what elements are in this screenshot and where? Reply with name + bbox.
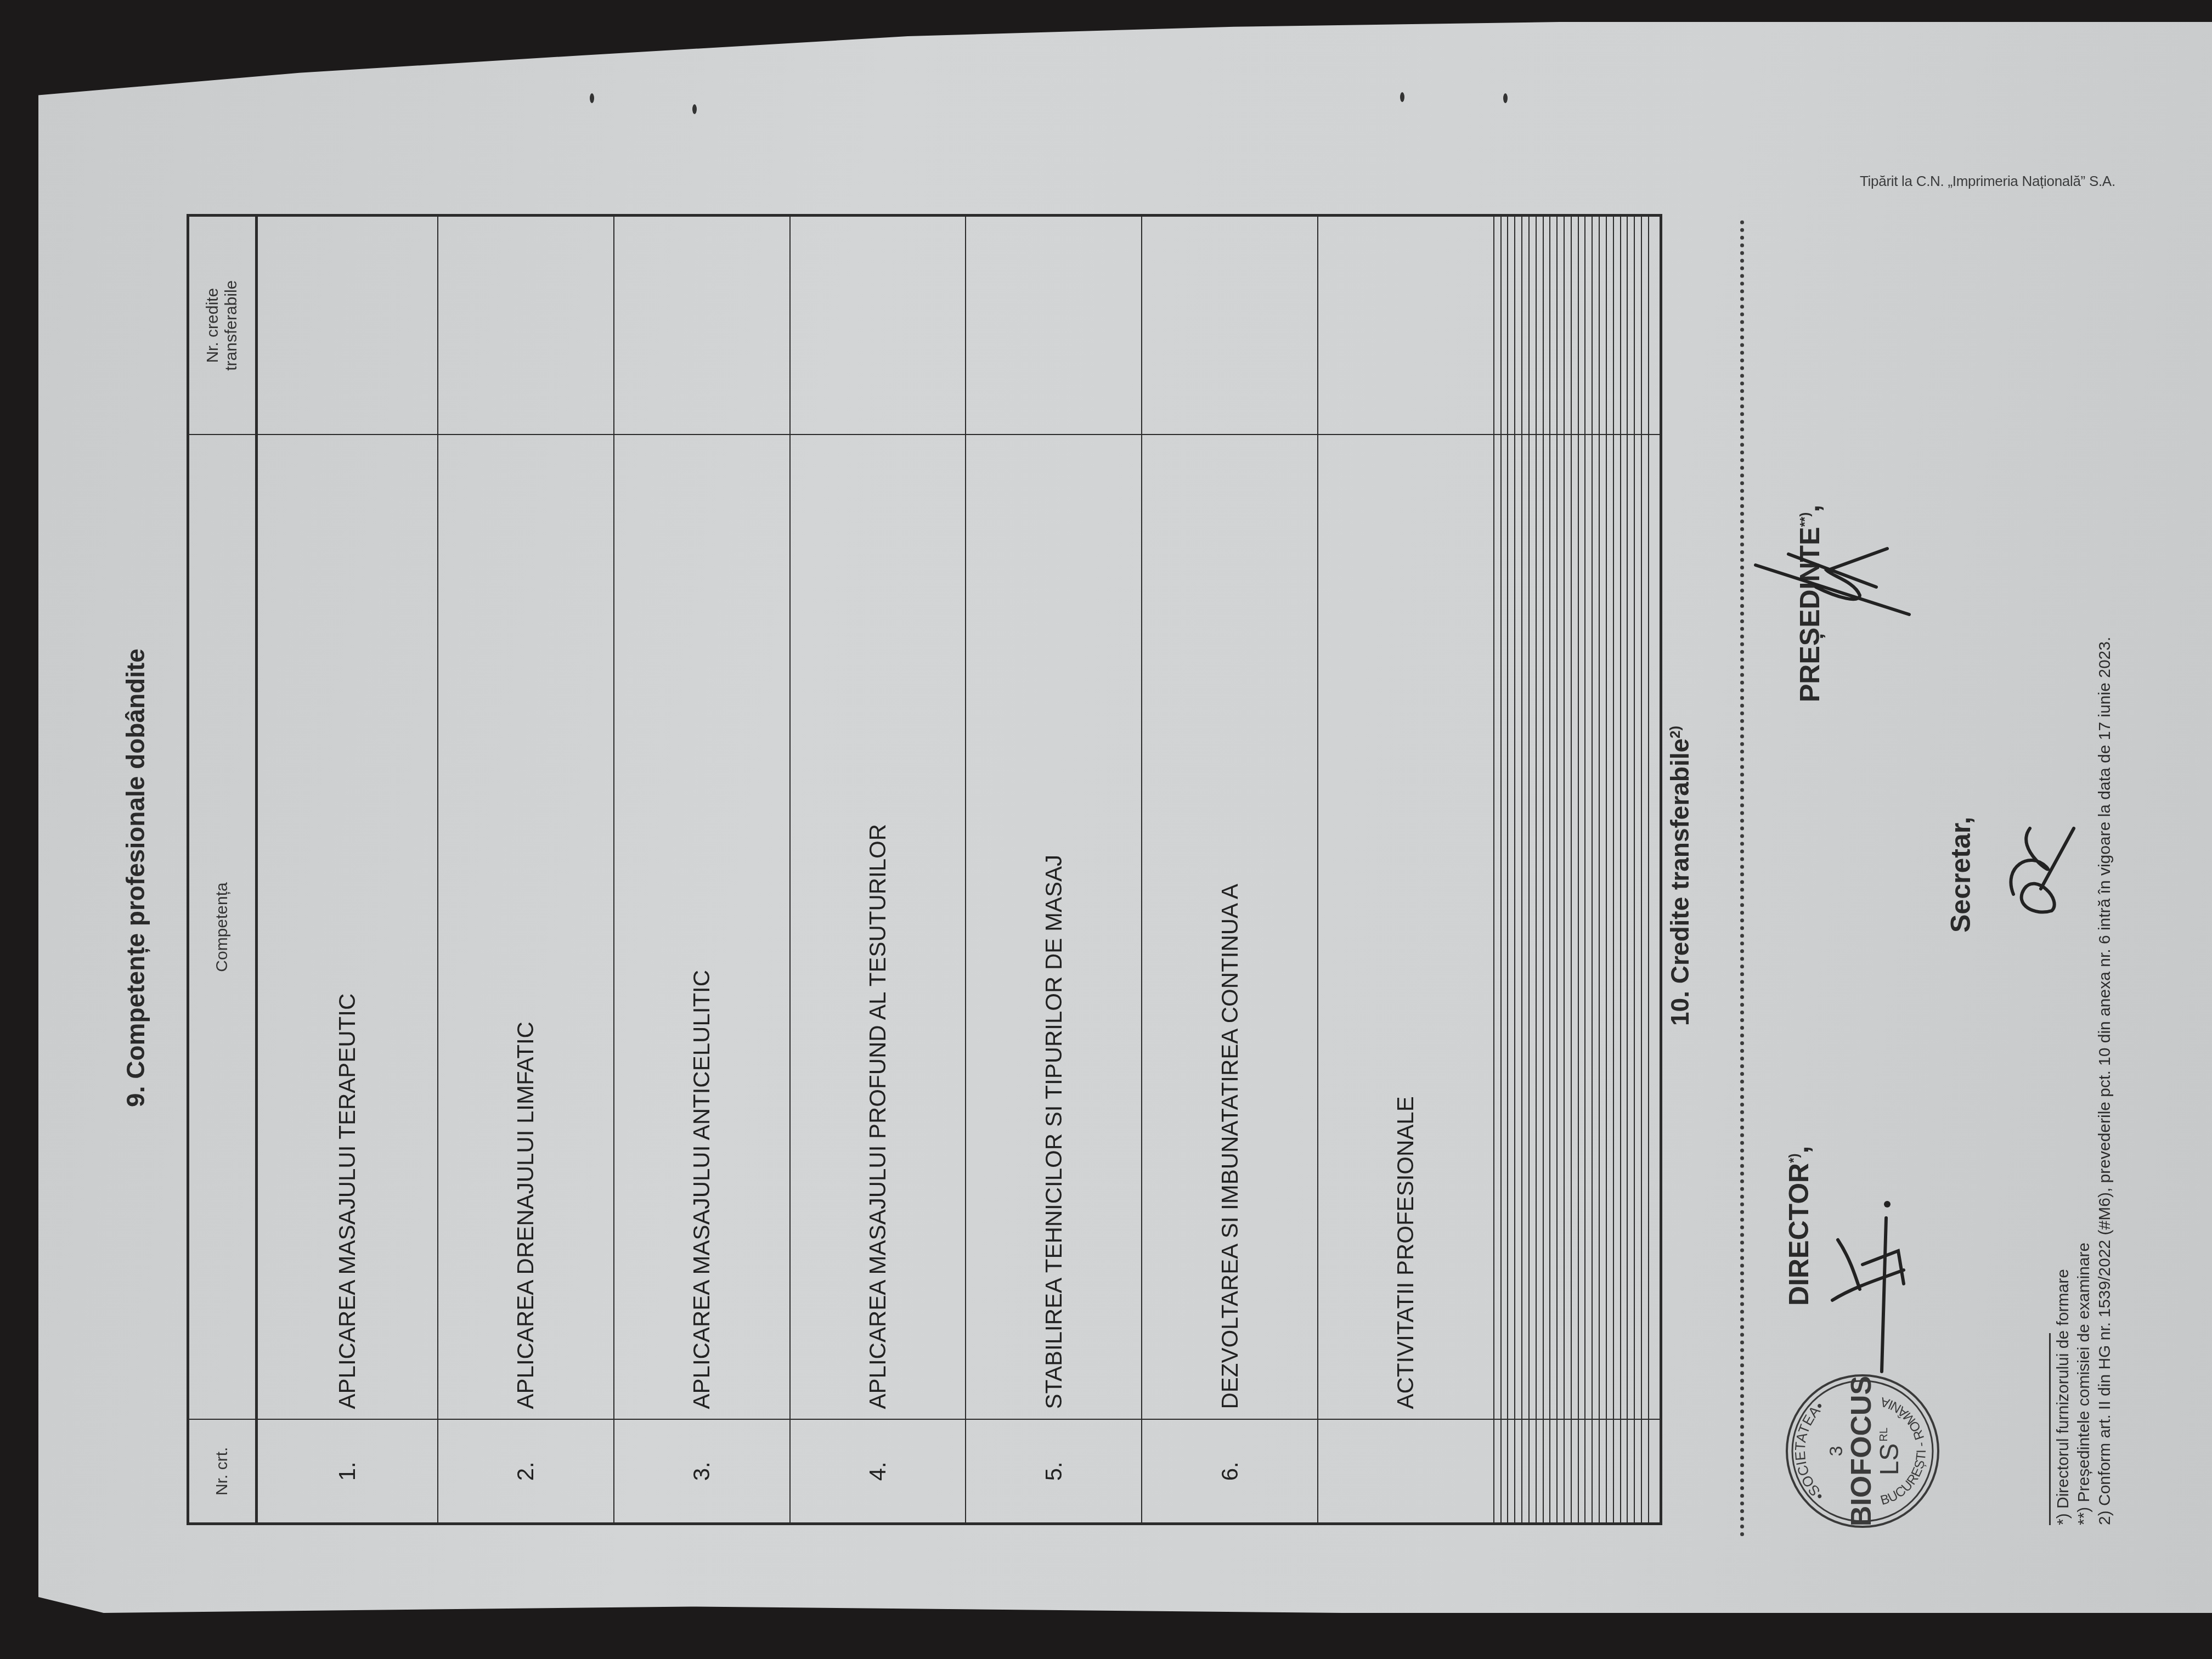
table-row <box>1494 216 1501 1524</box>
row-number <box>1557 1420 1564 1524</box>
row-number <box>1501 1420 1508 1524</box>
presedinte-signature <box>1750 516 1915 691</box>
director-label: DIRECTOR*), <box>1783 1146 1815 1306</box>
competence-cell <box>1494 435 1501 1420</box>
competence-cell <box>1501 435 1508 1420</box>
credits-cell <box>1564 216 1571 435</box>
table-row <box>1515 216 1522 1524</box>
table-row <box>1641 216 1649 1524</box>
competence-cell <box>1557 435 1564 1420</box>
competence-cell: ACTIVITATII PROFESIONALE <box>1318 435 1494 1420</box>
svg-text:RL: RL <box>1878 1427 1890 1442</box>
credits-cell <box>1522 216 1529 435</box>
credits-cell <box>1621 216 1628 435</box>
column-header-nr: Nr. crt. <box>188 1420 257 1524</box>
competence-cell <box>1621 435 1628 1420</box>
credits-cell <box>1599 216 1606 435</box>
competence-cell <box>1515 435 1522 1420</box>
row-number: 1. <box>257 1420 438 1524</box>
table-row <box>1508 216 1515 1524</box>
secretar-label: Secretar, <box>1945 817 1977 933</box>
credits-cell <box>1649 216 1661 435</box>
competence-cell <box>1571 435 1578 1420</box>
row-number <box>1641 1420 1649 1524</box>
row-number <box>1606 1420 1613 1524</box>
table-row <box>1627 216 1634 1524</box>
row-number <box>1515 1420 1522 1524</box>
competence-cell <box>1578 435 1585 1420</box>
column-header-competenta: Competența <box>188 435 257 1420</box>
row-number <box>1494 1420 1501 1524</box>
credits-cell <box>1536 216 1543 435</box>
row-number: 6. <box>1142 1420 1318 1524</box>
credits-cell <box>1508 216 1515 435</box>
row-number <box>1585 1420 1592 1524</box>
credits-cell <box>1550 216 1557 435</box>
competence-cell <box>1564 435 1571 1420</box>
table-row <box>1599 216 1606 1524</box>
row-number <box>1613 1420 1621 1524</box>
row-number <box>1543 1420 1550 1524</box>
competence-cell <box>1627 435 1634 1420</box>
row-number <box>1508 1420 1515 1524</box>
credits-cell <box>1501 216 1508 435</box>
row-number <box>1536 1420 1543 1524</box>
credits-cell <box>1494 216 1501 435</box>
competence-cell: APLICAREA MASAJULUI PROFUND AL TESUTURIL… <box>790 435 966 1420</box>
row-number <box>1564 1420 1571 1524</box>
table-row: 4.APLICAREA MASAJULUI PROFUND AL TESUTUR… <box>790 216 966 1524</box>
competence-cell <box>1634 435 1641 1420</box>
credits-cell <box>1578 216 1585 435</box>
table-row <box>1522 216 1529 1524</box>
credits-cell <box>1557 216 1564 435</box>
table-row <box>1621 216 1628 1524</box>
credits-cell <box>1318 216 1494 435</box>
footnote-presedinte: **) Președintele comisiei de examinare <box>2074 637 2095 1525</box>
competencies-table: Nr. crt. Competența Nr. credite transfer… <box>187 214 1662 1525</box>
competence-cell: APLICAREA DRENAJULUI LIMFATIC <box>438 435 614 1420</box>
table-row: 1.APLICAREA MASAJULUI TERAPEUTIC <box>257 216 438 1524</box>
table-row <box>1557 216 1564 1524</box>
competence-cell <box>1649 435 1661 1420</box>
credits-cell <box>1529 216 1536 435</box>
row-number <box>1578 1420 1585 1524</box>
competence-cell <box>1613 435 1621 1420</box>
competence-cell: DEZVOLTAREA SI IMBUNATATIREA CONTINUA A <box>1142 435 1318 1420</box>
table-row <box>1613 216 1621 1524</box>
competence-cell: STABILIREA TEHNICILOR SI TIPURILOR DE MA… <box>966 435 1142 1420</box>
section-10-title: 10. Credite transferabile2) <box>1665 726 1695 1026</box>
competence-cell <box>1641 435 1649 1420</box>
table-row: 2.APLICAREA DRENAJULUI LIMFATIC <box>438 216 614 1524</box>
competence-cell <box>1529 435 1536 1420</box>
competence-cell <box>1606 435 1613 1420</box>
competence-cell <box>1599 435 1606 1420</box>
competence-cell <box>1536 435 1543 1420</box>
table-row <box>1550 216 1557 1524</box>
row-number <box>1599 1420 1606 1524</box>
table-row <box>1529 216 1536 1524</box>
table-row: ACTIVITATII PROFESIONALE <box>1318 216 1494 1524</box>
row-number <box>1318 1420 1494 1524</box>
credits-cell <box>1606 216 1613 435</box>
competence-cell: APLICAREA MASAJULUI ANTICELULITIC <box>614 435 790 1420</box>
credits-cell <box>257 216 438 435</box>
row-number: 4. <box>790 1420 966 1524</box>
table-row <box>1578 216 1585 1524</box>
footnote-credite: 2) Conform art. II din HG nr. 1539/2022 … <box>2095 637 2115 1525</box>
table-row: 3.APLICAREA MASAJULUI ANTICELULITIC <box>614 216 790 1524</box>
row-number <box>1627 1420 1634 1524</box>
svg-text:3: 3 <box>1826 1446 1847 1457</box>
credits-cell <box>1592 216 1599 435</box>
credits-cell <box>790 216 966 435</box>
table-row <box>1536 216 1543 1524</box>
credits-cell <box>1641 216 1649 435</box>
competence-cell <box>1585 435 1592 1420</box>
rotated-document: 9. Competențe profesionale dobândite Nr.… <box>44 27 2183 1618</box>
credits-cell <box>1634 216 1641 435</box>
svg-text:BIOFOCUS: BIOFOCUS <box>1846 1376 1877 1526</box>
competence-cell <box>1550 435 1557 1420</box>
table-row: 6.DEZVOLTAREA SI IMBUNATATIREA CONTINUA … <box>1142 216 1318 1524</box>
table-row <box>1564 216 1571 1524</box>
column-header-credite: Nr. credite transferabile <box>188 216 257 435</box>
table-row <box>1606 216 1613 1524</box>
row-number: 3. <box>614 1420 790 1524</box>
table-row <box>1543 216 1550 1524</box>
row-number <box>1550 1420 1557 1524</box>
row-number <box>1592 1420 1599 1524</box>
credits-cell <box>1515 216 1522 435</box>
credits-cell <box>1543 216 1550 435</box>
credits-cell <box>966 216 1142 435</box>
row-number <box>1522 1420 1529 1524</box>
competence-cell <box>1543 435 1550 1420</box>
competence-cell <box>1522 435 1529 1420</box>
row-number <box>1621 1420 1628 1524</box>
row-number <box>1529 1420 1536 1524</box>
footnote-director: *) Directorul furnizorului de formare <box>2053 637 2074 1525</box>
row-number <box>1571 1420 1578 1524</box>
credits-cell <box>1585 216 1592 435</box>
credits-cell <box>438 216 614 435</box>
competence-cell: APLICAREA MASAJULUI TERAPEUTIC <box>257 435 438 1420</box>
row-number <box>1649 1420 1661 1524</box>
table-row <box>1634 216 1641 1524</box>
company-stamp: •SOCIETATEA• BUCUREȘTI - ROMÂNIA 3 BIOFO… <box>1783 1372 1942 1531</box>
competence-cell <box>1592 435 1599 1420</box>
table-row <box>1649 216 1661 1524</box>
credits-cell <box>1613 216 1621 435</box>
credits-cell <box>1571 216 1578 435</box>
table-row <box>1585 216 1592 1524</box>
table-row <box>1592 216 1599 1524</box>
svg-text:LS: LS <box>1875 1443 1904 1476</box>
row-number <box>1634 1420 1641 1524</box>
table-row <box>1571 216 1578 1524</box>
director-signature <box>1821 1185 1909 1383</box>
credits-cell <box>1627 216 1634 435</box>
section-9-title: 9. Competențe profesionale dobândite <box>121 137 150 1618</box>
footnotes: *) Directorul furnizorului de formare **… <box>2049 637 2115 1525</box>
competence-cell <box>1508 435 1515 1420</box>
credits-cell <box>614 216 790 435</box>
row-number: 2. <box>438 1420 614 1524</box>
footnote-divider <box>2049 1333 2051 1525</box>
dotted-credits-line <box>1740 219 1744 1536</box>
row-number: 5. <box>966 1420 1142 1524</box>
credits-cell <box>1142 216 1318 435</box>
table-row: 5.STABILIREA TEHNICILOR SI TIPURILOR DE … <box>966 216 1142 1524</box>
table-row <box>1501 216 1508 1524</box>
